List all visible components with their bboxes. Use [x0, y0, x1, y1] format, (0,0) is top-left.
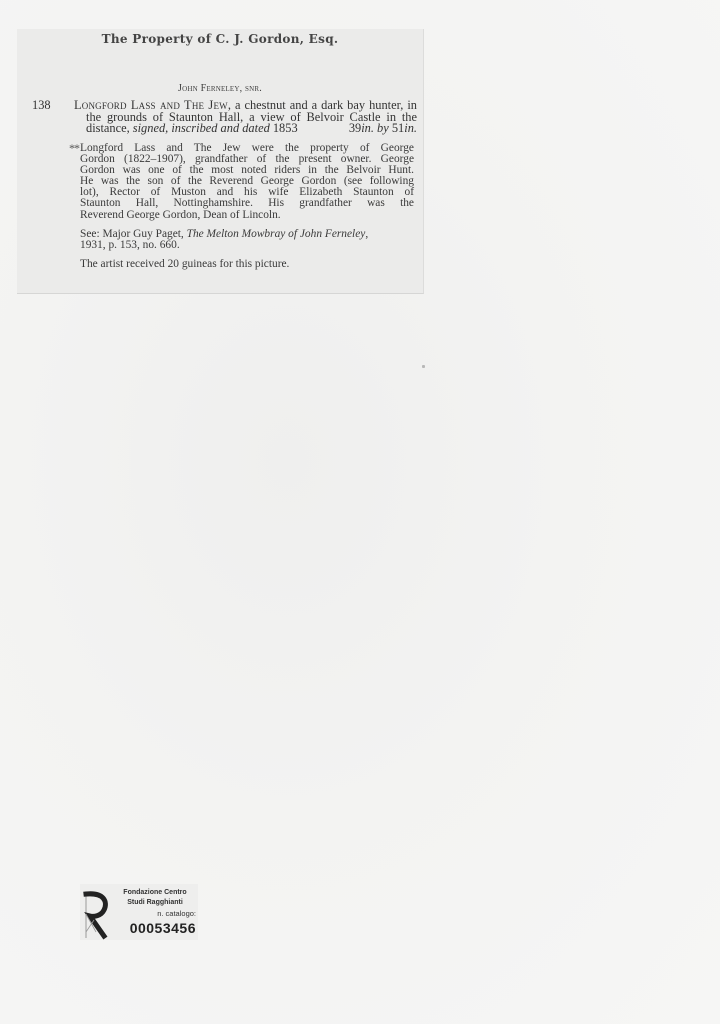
- scan-speck: [422, 365, 425, 368]
- catalogue-label: n. catalogo:: [114, 908, 196, 919]
- artist-name: John Ferneley, snr.: [17, 83, 423, 94]
- provenance-paragraph: Longford Lass and The Jew were the prope…: [80, 143, 414, 221]
- foundation-name-2: Studi Ragghianti: [114, 898, 196, 908]
- asterism-icon: **: [69, 141, 79, 156]
- lot-note: Longford Lass and The Jew were the prope…: [80, 143, 414, 278]
- catalogue-clipping: The Property of C. J. Gordon, Esq. John …: [17, 29, 424, 294]
- literature-title: The Melton Mowbray of John Ferneley: [187, 228, 366, 240]
- lot-line-3: distance, signed, inscribed and dated 18…: [86, 123, 417, 135]
- ragghianti-r-logo-icon: [82, 888, 110, 940]
- stamp-text: Fondazione Centro Studi Ragghianti n. ca…: [114, 888, 196, 937]
- foundation-name: Fondazione Centro: [114, 888, 196, 898]
- price-note: The artist received 20 guineas for this …: [80, 259, 414, 270]
- lot-dimensions: 39in. by 51in.: [349, 123, 417, 135]
- archive-stamp: Fondazione Centro Studi Ragghianti n. ca…: [80, 884, 198, 940]
- lot-year: 1853: [270, 121, 298, 135]
- owner-heading: The Property of C. J. Gordon, Esq.: [17, 32, 423, 46]
- lot-description: Longford Lass and The Jew, a chestnut an…: [74, 100, 417, 135]
- catalogue-number: 00053456: [114, 919, 196, 937]
- lot-inscription: signed, inscribed and dated: [133, 121, 270, 135]
- literature-paragraph: See: Major Guy Paget, The Melton Mowbray…: [80, 229, 414, 251]
- lot-number: 138: [32, 100, 51, 112]
